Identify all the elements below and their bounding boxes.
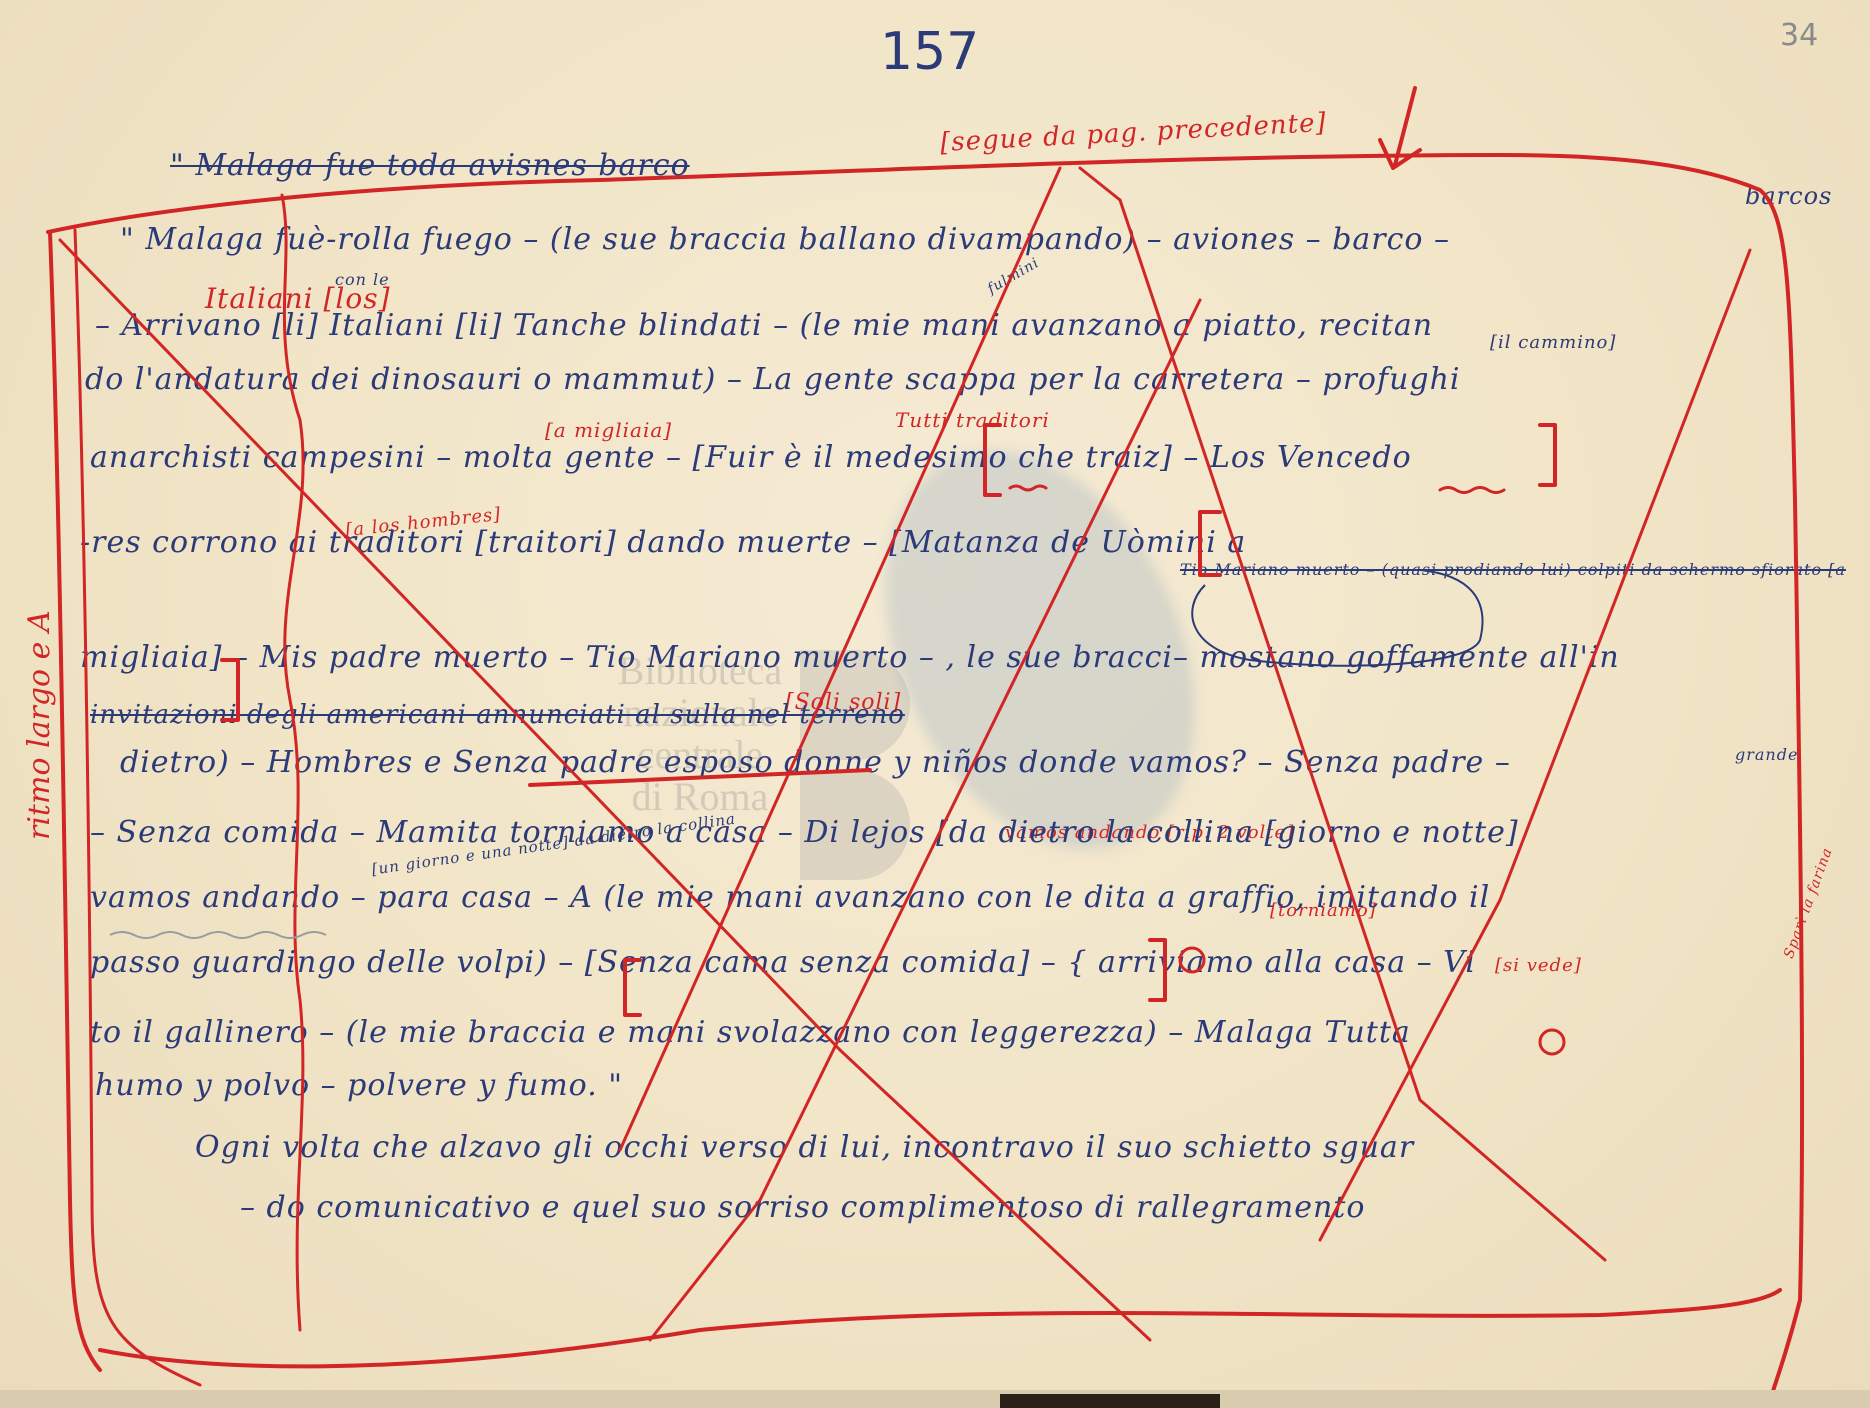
- bracket-matanza: [1200, 512, 1220, 575]
- box-left-inner: [75, 230, 200, 1385]
- x-mark-right-a: [1120, 200, 1605, 1260]
- bracket-migliaia: [222, 660, 238, 720]
- x-mark-right-b: [1320, 250, 1750, 1240]
- circle-mark-1a: [1180, 948, 1204, 972]
- revision-loop: [1192, 570, 1482, 666]
- bracket-traiz: [1540, 425, 1555, 485]
- bracket-comida: [1150, 940, 1165, 1000]
- bracket-fuir: [985, 425, 1000, 495]
- box-bottom: [100, 1290, 1780, 1366]
- outer-box: [48, 155, 1802, 1400]
- triangle-apex: [1080, 168, 1120, 200]
- red-strike-senza-padre: [530, 770, 870, 785]
- wavy-underline-fuir: [1010, 486, 1046, 490]
- manuscript-page: Biblioteca nazionale centrale di Roma 15…: [0, 0, 1870, 1408]
- red-pencil-marks: [0, 0, 1870, 1408]
- binding-shadow: [1000, 1394, 1220, 1408]
- x-mark-left-a: [60, 240, 1150, 1340]
- circle-mark-1b: [1540, 1030, 1564, 1054]
- inner-left-contour: [282, 195, 303, 1330]
- center-x-a: [620, 168, 1060, 1150]
- bracket-senza-cama: [625, 960, 640, 1015]
- wavy-underline-traiz: [1440, 488, 1504, 493]
- x-mark-left-b: [650, 300, 1200, 1340]
- page-bottom-edge: [0, 1390, 1870, 1408]
